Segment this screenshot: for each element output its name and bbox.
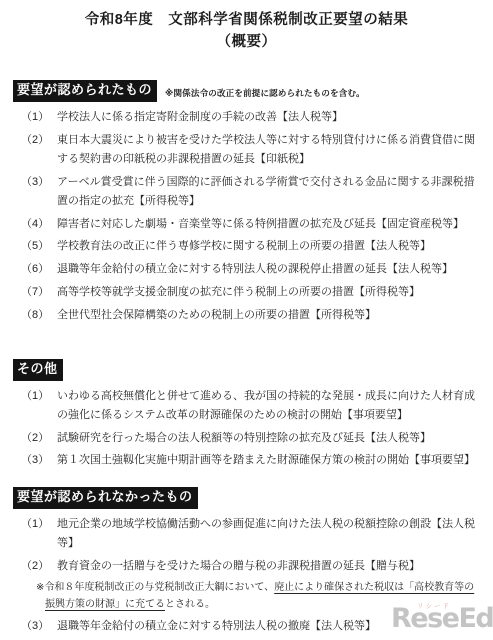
section-approved-note: ※関係法令の改正を前提に認められたものを含む。 — [165, 87, 365, 102]
item-text: いわゆる高校無償化と併せて進める、我が国の持続的な発展・成長に向けた人材育成の強… — [57, 387, 481, 426]
item-number: （1） — [21, 515, 57, 554]
reseed-logo: リシード ReseEd — [391, 600, 487, 638]
list-item: （6） 退職等年金給付の積立金に対する特別法人税の課税停止措置の延長【法人税等】 — [21, 260, 481, 279]
section-other: その他 （1） いわゆる高校無償化と併せて進める、我が国の持続的な発展・成長に向… — [13, 359, 481, 471]
footnote-prefix: ※令和８年度税制改正の与党税制改正大綱において、 — [36, 582, 274, 593]
footnote-suffix: とされる。 — [165, 599, 215, 610]
item-number: （6） — [21, 260, 57, 279]
item-number: （3） — [21, 451, 57, 470]
list-item: （1） 学校法人に係る指定寄附金制度の手続の改善【法人税等】 — [21, 108, 481, 127]
list-item: （1） いわゆる高校無償化と併せて進める、我が国の持続的な発展・成長に向けた人材… — [21, 387, 481, 426]
list-item: （7） 高等学校等就学支援金制度の拡充に伴う税制上の所要の措置【所得税等】 — [21, 283, 481, 302]
item-number: （4） — [21, 215, 57, 234]
item-text: 教育資金の一括贈与を受けた場合の贈与税の非課税措置の延長【贈与税】 — [57, 557, 481, 576]
section-denied-heading: 要望が認められなかったもの — [13, 487, 198, 509]
page-title: 令和8年度 文部科学省関係税制改正要望の結果 （概要） — [0, 0, 493, 54]
item-number: （2） — [21, 131, 57, 170]
item-number: （3） — [21, 617, 57, 636]
page-title-line2: （概要） — [0, 31, 493, 53]
item-text: 東日本大震災により被害を受けた学校法人等に対する特別貸付けに係る消費貸借に関する… — [57, 131, 481, 170]
list-item: （1） 地元企業の地域学校協働活動への参画促進に向けた法人税の税額控除の創設【法… — [21, 515, 481, 554]
item-text: 障害者に対応した劇場・音楽堂等に係る特例措置の拡充及び延長【固定資産税等】 — [57, 215, 481, 234]
list-item: （2） 試験研究を行った場合の法人税額等の特別控除の拡充及び延長【法人税等】 — [21, 429, 481, 448]
section-denied-heading-row: 要望が認められなかったもの — [13, 487, 481, 509]
item-number: （7） — [21, 283, 57, 302]
section-approved-heading: 要望が認められたもの — [13, 80, 157, 102]
item-number: （1） — [21, 108, 57, 127]
item-number: （2） — [21, 429, 57, 448]
list-item: （2） 教育資金の一括贈与を受けた場合の贈与税の非課税措置の延長【贈与税】 — [21, 557, 481, 576]
item-text: 全世代型社会保障構築のための税制上の所要の措置【所得税等】 — [57, 306, 481, 325]
document-page: 令和8年度 文部科学省関係税制改正要望の結果 （概要） 要望が認められたもの ※… — [0, 0, 493, 640]
list-item: （3） アーベル賞受賞に伴う国際的に評価される学術賞で交付される金品に関する非課… — [21, 173, 481, 212]
item-number: （3） — [21, 173, 57, 212]
item-number: （2） — [21, 557, 57, 576]
list-item: （2） 東日本大震災により被害を受けた学校法人等に対する特別貸付けに係る消費貸借… — [21, 131, 481, 170]
section-other-heading: その他 — [13, 359, 63, 381]
item-text: アーベル賞受賞に伴う国際的に評価される学術賞で交付される金品に関する非課税措置の… — [57, 173, 481, 212]
item-text: 高等学校等就学支援金制度の拡充に伴う税制上の所要の措置【所得税等】 — [57, 283, 481, 302]
list-item: （4） 障害者に対応した劇場・音楽堂等に係る特例措置の拡充及び延長【固定資産税等… — [21, 215, 481, 234]
section-other-heading-row: その他 — [13, 359, 481, 381]
reseed-logo-ruby: リシード — [417, 601, 451, 610]
section-approved-items: （1） 学校法人に係る指定寄附金制度の手続の改善【法人税等】 （2） 東日本大震… — [21, 108, 481, 325]
section-approved: 要望が認められたもの ※関係法令の改正を前提に認められたものを含む。 （1） 学… — [13, 80, 481, 325]
item-text: 学校教育法の改正に伴う専修学校に関する税制上の所要の措置【法人税等】 — [57, 237, 481, 256]
item-number: （1） — [21, 387, 57, 426]
item-text: 退職等年金給付の積立金に対する特別法人税の課税停止措置の延長【法人税等】 — [57, 260, 481, 279]
item-text: 地元企業の地域学校協働活動への参画促進に向けた法人税の税額控除の創設【法人税等】 — [57, 515, 481, 554]
item-number: （8） — [21, 306, 57, 325]
list-item: （8） 全世代型社会保障構築のための税制上の所要の措置【所得税等】 — [21, 306, 481, 325]
page-title-line1: 令和8年度 文部科学省関係税制改正要望の結果 — [0, 9, 493, 31]
item-text: 第１次国土強靱化実施中期計画等を踏まえた財源確保方策の検討の開始【事項要望】 — [57, 451, 481, 470]
section-approved-heading-row: 要望が認められたもの ※関係法令の改正を前提に認められたものを含む。 — [13, 80, 481, 102]
item-text: 学校法人に係る指定寄附金制度の手続の改善【法人税等】 — [57, 108, 481, 127]
section-other-items: （1） いわゆる高校無償化と併せて進める、我が国の持続的な発展・成長に向けた人材… — [21, 387, 481, 471]
list-item: （3） 第１次国土強靱化実施中期計画等を踏まえた財源確保方策の検討の開始【事項要… — [21, 451, 481, 470]
item-number: （5） — [21, 237, 57, 256]
list-item: （5） 学校教育法の改正に伴う専修学校に関する税制上の所要の措置【法人税等】 — [21, 237, 481, 256]
item-text: 試験研究を行った場合の法人税額等の特別控除の拡充及び延長【法人税等】 — [57, 429, 481, 448]
